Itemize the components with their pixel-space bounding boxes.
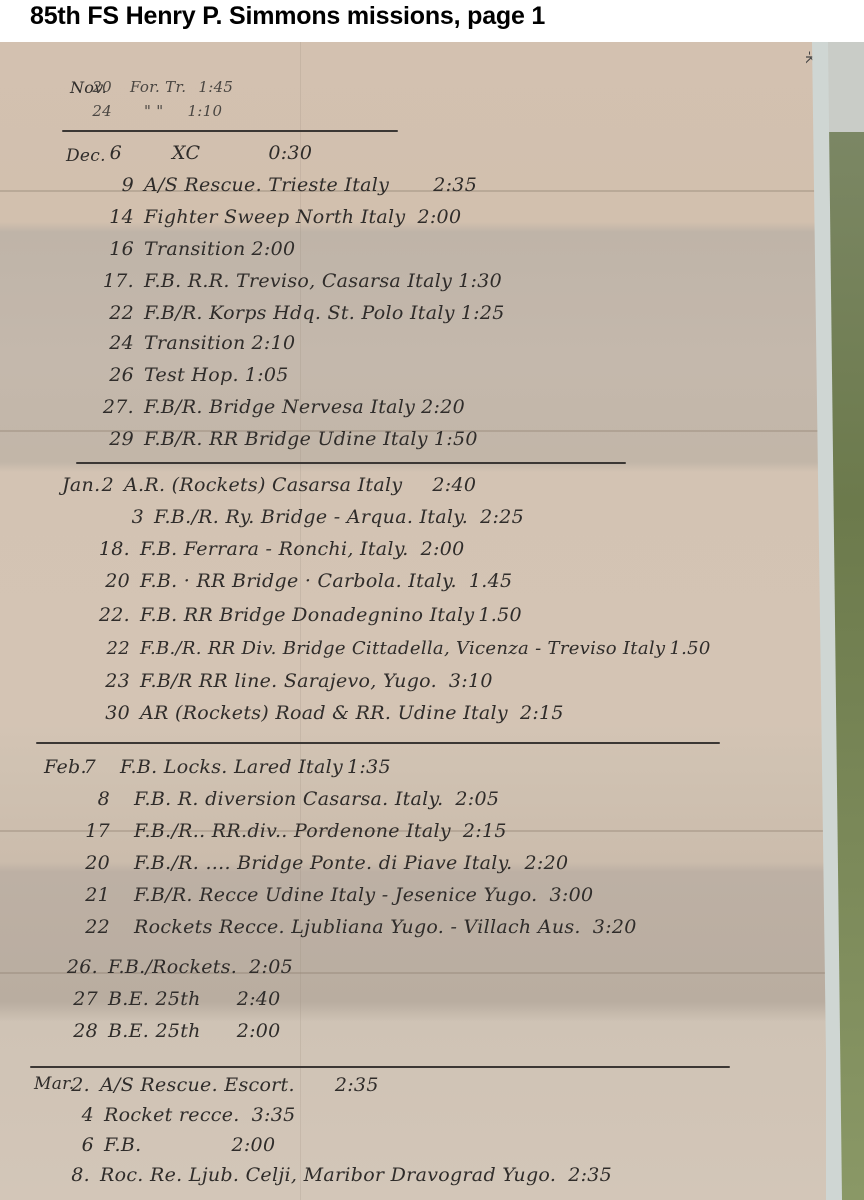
entry-mission: F.B/R. Korps Hdq. St. Polo Italy [144, 302, 455, 324]
entry-day: 9 [100, 174, 134, 196]
entry-row: 9 A/S Rescue. Trieste Italy 2:35 [100, 174, 477, 196]
entry-day: 20 [76, 852, 110, 874]
entry-mission: Rocket recce. [104, 1104, 240, 1126]
entry-time: 3:10 [449, 670, 493, 692]
document-photo: -K Nov. 20 For. Tr. 1:45 24 " " 1:10 Dec… [0, 42, 864, 1200]
page-title: 85th FS Henry P. Simmons missions, page … [30, 2, 545, 31]
entry-row: 24 " " 1:10 [78, 102, 222, 120]
section-divider [62, 130, 398, 132]
entry-time: 3:20 [593, 916, 637, 938]
section-divider [30, 1066, 730, 1068]
entry-day: 28 [64, 1020, 98, 1042]
entry-mission: F.B./Rockets. [108, 956, 237, 978]
entry-row: 26 Test Hop. 1:05 [100, 364, 289, 386]
entry-mission: Roc. Re. Ljub. Celji, Maribor Dravograd … [100, 1164, 556, 1186]
entry-row: 7 F.B. Locks. Lared Italy 1:35 [62, 756, 391, 778]
entry-day: 3 [110, 506, 144, 528]
entry-day: 18. [96, 538, 130, 560]
entry-row: 27 B.E. 25th 2:40 [64, 988, 281, 1010]
entry-mission: F.B. Ferrara - Ronchi, Italy. [140, 538, 409, 560]
entry-time: 1.50 [478, 604, 522, 626]
entry-row: 4 Rocket recce. 3:35 [60, 1104, 296, 1126]
entry-row: 20 For. Tr. 1:45 [78, 78, 233, 96]
entry-time: 2:20 [525, 852, 569, 874]
entry-time: 1:05 [245, 364, 289, 386]
entry-mission: A/S Rescue. Trieste Italy [144, 174, 389, 196]
entry-mission: B.E. 25th [108, 1020, 201, 1042]
entry-mission: F.B/R RR line. Sarajevo, Yugo. [140, 670, 437, 692]
handwritten-paper: -K Nov. 20 For. Tr. 1:45 24 " " 1:10 Dec… [0, 42, 826, 1200]
entry-row: 24 Transition 2:10 [100, 332, 295, 354]
entry-time: 2:15 [520, 702, 564, 724]
entry-time: 2:10 [252, 332, 296, 354]
entry-row: 28 B.E. 25th 2:00 [64, 1020, 281, 1042]
entry-row: 27. F.B/R. Bridge Nervesa Italy 2:20 [100, 396, 465, 418]
entry-day: 27 [64, 988, 98, 1010]
entry-row: 17. F.B. R.R. Treviso, Casarsa Italy 1:3… [100, 270, 502, 292]
entry-time: 1.45 [469, 570, 513, 592]
entry-day: 21 [76, 884, 110, 906]
entry-row: 8 F.B. R. diversion Casarsa. Italy. 2:05 [76, 788, 499, 810]
entry-time: 2:00 [417, 206, 461, 228]
entry-time: 1:30 [458, 270, 502, 292]
entry-mission: " " [144, 102, 163, 120]
entry-time: 2:40 [237, 988, 281, 1010]
entry-time: 1:10 [187, 102, 222, 120]
entry-mission: For. Tr. [130, 78, 186, 96]
entry-row: 16 Transition 2:00 [100, 238, 295, 260]
entry-day: 22. [96, 604, 130, 626]
entry-row: 23 F.B/R RR line. Sarajevo, Yugo. 3:10 [96, 670, 493, 692]
entry-day: 29 [100, 428, 134, 450]
entry-day: 7 [62, 756, 96, 778]
entry-day: 16 [100, 238, 134, 260]
entry-mission: F.B. R.R. Treviso, Casarsa Italy [144, 270, 452, 292]
entry-day: 6 [60, 1134, 94, 1156]
entry-mission: Transition [144, 332, 246, 354]
entry-day: 23 [96, 670, 130, 692]
entry-mission: F.B./R.. RR.div.. Pordenone Italy [134, 820, 451, 842]
entry-day: 20 [96, 570, 130, 592]
entry-row: 22 Rockets Recce. Ljubliana Yugo. - Vill… [76, 916, 637, 938]
entry-row: 22 F.B/R. Korps Hdq. St. Polo Italy 1:25 [100, 302, 505, 324]
entry-time: 2:35 [335, 1074, 379, 1096]
entry-time: 2:35 [568, 1164, 612, 1186]
entry-time: 2:20 [421, 396, 465, 418]
entry-day: 6 [88, 142, 122, 164]
entry-row: 30 AR (Rockets) Road & RR. Udine Italy 2… [96, 702, 564, 724]
entry-time: 2:15 [463, 820, 507, 842]
entry-day: 30 [96, 702, 130, 724]
entry-day: 26. [64, 956, 98, 978]
entry-row: 17 F.B./R.. RR.div.. Pordenone Italy 2:1… [76, 820, 507, 842]
entry-time: 2:40 [432, 474, 476, 496]
background-sky [824, 42, 864, 132]
entry-time: 1:25 [461, 302, 505, 324]
entry-row: 22 F.B./R. RR Div. Bridge Cittadella, Vi… [96, 638, 711, 659]
entry-day: 22 [76, 916, 110, 938]
entry-row: 2 A.R. (Rockets) Casarsa Italy 2:40 [80, 474, 476, 496]
section-divider [36, 742, 720, 744]
entry-time: 2:35 [433, 174, 477, 196]
entry-mission: Test Hop. [144, 364, 239, 386]
caption-bar: 85th FS Henry P. Simmons missions, page … [0, 0, 864, 42]
entry-row: 2. A/S Rescue. Escort. 2:35 [56, 1074, 379, 1096]
entry-time: 0:30 [268, 142, 312, 164]
entry-mission: F.B./R. RR Div. Bridge Cittadella, Vicen… [140, 638, 665, 659]
entry-row: 20 F.B. · RR Bridge · Carbola. Italy. 1.… [96, 570, 512, 592]
entry-time: 2:00 [252, 238, 296, 260]
entry-day: 24 [100, 332, 134, 354]
entry-row: 3 F.B./R. Ry. Bridge - Arqua. Italy. 2:2… [110, 506, 524, 528]
entry-mission: F.B/R. Bridge Nervesa Italy [144, 396, 415, 418]
entry-day: 26 [100, 364, 134, 386]
entry-mission: A.R. (Rockets) Casarsa Italy [124, 474, 402, 496]
entry-row: 20 F.B./R. .... Bridge Ponte. di Piave I… [76, 852, 568, 874]
entry-mission: AR (Rockets) Road & RR. Udine Italy [140, 702, 508, 724]
entry-time: 2:25 [480, 506, 524, 528]
entry-mission: F.B. [104, 1134, 141, 1156]
entry-mission: F.B/R. Recce Udine Italy - Jesenice Yugo… [134, 884, 538, 906]
entry-time: 2:00 [237, 1020, 281, 1042]
entry-day: 8. [56, 1164, 90, 1186]
entry-row: 29 F.B/R. RR Bridge Udine Italy 1:50 [100, 428, 478, 450]
entry-row: 22. F.B. RR Bridge Donadegnino Italy 1.5… [96, 604, 522, 626]
entry-time: 3:00 [550, 884, 594, 906]
entry-day: 17 [76, 820, 110, 842]
entry-row: 18. F.B. Ferrara - Ronchi, Italy. 2:00 [96, 538, 464, 560]
entry-day: 17. [100, 270, 134, 292]
entry-day: 24 [78, 102, 112, 120]
section-divider [76, 462, 626, 464]
entry-day: 22 [100, 302, 134, 324]
entry-mission: Transition [144, 238, 246, 260]
entry-mission: F.B. · RR Bridge · Carbola. Italy. [140, 570, 457, 592]
entry-time: 2:05 [455, 788, 499, 810]
entry-time: 3:35 [252, 1104, 296, 1126]
entry-day: 22 [96, 638, 130, 659]
entry-day: 14 [100, 206, 134, 228]
entry-day: 8 [76, 788, 110, 810]
entry-mission: XC [172, 142, 200, 164]
entry-row: 26. F.B./Rockets. 2:05 [64, 956, 293, 978]
entry-mission: Rockets Recce. Ljubliana Yugo. - Villach… [134, 916, 581, 938]
entry-mission: Fighter Sweep North Italy [144, 206, 405, 228]
entry-time: 2:00 [231, 1134, 275, 1156]
entry-time: 2:05 [249, 956, 293, 978]
entry-row: 6 F.B. 2:00 [60, 1134, 275, 1156]
entry-row: 14 Fighter Sweep North Italy 2:00 [100, 206, 461, 228]
entry-day: 4 [60, 1104, 94, 1126]
entry-mission: F.B./R. .... Bridge Ponte. di Piave Ital… [134, 852, 513, 874]
entry-time: 1.50 [669, 638, 710, 659]
entry-mission: F.B./R. Ry. Bridge - Arqua. Italy. [154, 506, 468, 528]
entry-time: 1:50 [434, 428, 478, 450]
entry-row: 21 F.B/R. Recce Udine Italy - Jesenice Y… [76, 884, 593, 906]
entry-mission: F.B. R. diversion Casarsa. Italy. [134, 788, 443, 810]
entry-day: 2 [80, 474, 114, 496]
entry-day: 27. [100, 396, 134, 418]
entry-time: 2:00 [421, 538, 465, 560]
entry-mission: F.B/R. RR Bridge Udine Italy [144, 428, 428, 450]
entry-mission: F.B. Locks. Lared Italy [120, 756, 343, 778]
entry-mission: A/S Rescue. Escort. [100, 1074, 295, 1096]
entry-row: 8. Roc. Re. Ljub. Celji, Maribor Dravogr… [56, 1164, 612, 1186]
entry-time: 1:35 [347, 756, 391, 778]
entry-row: 6 XC 0:30 [88, 142, 312, 164]
entry-mission: B.E. 25th [108, 988, 201, 1010]
entry-mission: F.B. RR Bridge Donadegnino Italy [140, 604, 474, 626]
entry-time: 1:45 [198, 78, 233, 96]
entry-day: 20 [78, 78, 112, 96]
entry-day: 2. [56, 1074, 90, 1096]
